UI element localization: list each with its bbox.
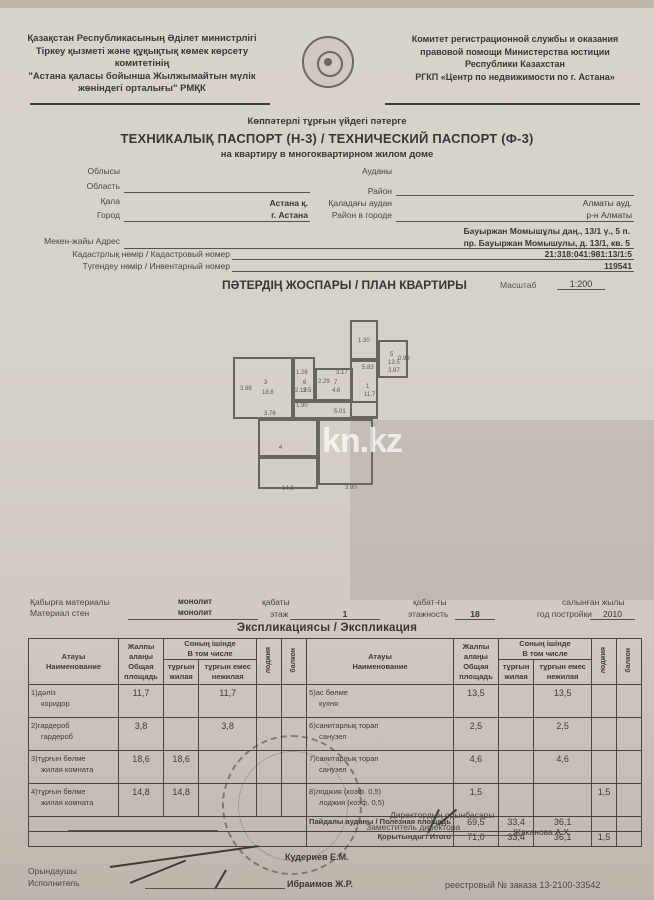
- plan-label: 4: [279, 445, 282, 451]
- wall-material-label-kz: Қабырға материалы: [30, 597, 110, 607]
- address-label: Мекен-жайы Адрес: [20, 236, 120, 246]
- plan-label: 3.87: [388, 368, 400, 374]
- gorod-value-kz: Астана қ.: [200, 198, 308, 208]
- room-living: [164, 685, 199, 718]
- col-loggia-header: лоджия: [592, 639, 617, 685]
- room-balcony: [617, 751, 642, 784]
- document-page: Қазақстан Республикасының Әділет министр…: [0, 0, 654, 900]
- header-left-org: Қазақстан Республикасының Әділет министр…: [12, 33, 272, 96]
- plan-label: 1.90: [296, 403, 308, 409]
- scale-value: 1:200: [557, 279, 605, 290]
- room-name-ru: кухня: [309, 698, 451, 709]
- room-total: 11,7: [119, 685, 164, 718]
- col-incl-header: Соның ішінде В том числе: [164, 639, 257, 660]
- raion-v-gorode-label-kz: Қаладағы аудан: [300, 198, 392, 208]
- doc-title: ТЕХНИКАЛЫҚ ПАСПОРТ (Н-3) / ТЕХНИЧЕСКИЙ П…: [0, 131, 654, 146]
- totals-loggia: 1,5: [592, 832, 617, 847]
- useful-loggia: [592, 817, 617, 832]
- col-living-header: тұрғын жилая: [164, 660, 199, 685]
- room-loggia: [592, 685, 617, 718]
- stamp-signer-name: Кудериев Е.М.: [285, 852, 349, 862]
- plan-label: 3.76: [264, 411, 276, 417]
- room-balcony: [617, 718, 642, 751]
- raion-field: [396, 195, 634, 196]
- room-total: 3,8: [119, 718, 164, 751]
- room-name: 3)тұрғын бөлмежилая комната: [29, 751, 119, 784]
- oblast-field: [124, 192, 310, 193]
- state-emblem-icon: [302, 36, 354, 88]
- plan-label: 2.29: [318, 379, 330, 385]
- plan-label: 11.7: [364, 392, 375, 398]
- wall-material-value-ru: монолит: [150, 608, 240, 617]
- room-balcony: [282, 685, 307, 718]
- room-total: 13,5: [453, 685, 498, 718]
- header-right-org: Комитет регистрационной службы и оказани…: [380, 33, 650, 83]
- raion-v-gorode-value-kz: Алматы ауд.: [500, 198, 632, 208]
- raion-v-gorode-field: [396, 221, 634, 222]
- plan-label: 5.83: [362, 365, 374, 371]
- plan-label: 7: [334, 380, 337, 386]
- year-value: 2010: [590, 609, 635, 619]
- room-name-kz: 6)санитарлық торап: [309, 720, 451, 731]
- room-name: 4)тұрғын бөлмежилая комната: [29, 784, 119, 817]
- floor-value: 1: [310, 609, 380, 619]
- room-name-kz: 3)тұрғын бөлме: [31, 753, 116, 764]
- cadastral-value: 21:318:041:981:13/1:5: [430, 249, 632, 259]
- header-right-line: правовой помощи Министерства юстиции: [380, 46, 650, 59]
- room-name: 1)дәлізкоридор: [29, 685, 119, 718]
- room-living: [498, 784, 533, 817]
- loggia-header-text: лоджия: [599, 647, 609, 673]
- cadastral-label: Кадастрлық нөмір / Кадастровый номер: [40, 249, 230, 259]
- plan-room-4: [258, 419, 318, 457]
- room-nonliving: 2,5: [534, 718, 592, 751]
- address-value-ru: пр. Бауыржан Момышулы, д. 13/1, кв. 5: [380, 238, 630, 248]
- room-name-kz: 5)ас бөлме: [309, 687, 451, 698]
- plan-label: 1.30: [358, 338, 370, 344]
- address-value-kz: Бауыржан Момышұлы даң., 13/1 ү., 5 п.: [380, 226, 630, 236]
- totals-total: 71,0: [453, 832, 498, 847]
- col-nonliving-header: тұрғын емес нежилая: [199, 660, 257, 685]
- header-divider: [385, 103, 640, 105]
- room-name-kz: 1)дәліз: [31, 687, 116, 698]
- table-header-row: Атауы Наименование Жалпы алаңы Общая пло…: [29, 639, 642, 660]
- inventory-value: 119541: [500, 261, 632, 271]
- header-left-line: "Астана қаласы бойынша Жылжымайтын мүлік: [12, 71, 272, 84]
- header-left-line: комитетінің: [12, 58, 272, 71]
- header-right-line: Республики Казахстан: [380, 58, 650, 71]
- col-name-header: Атауы Наименование: [29, 639, 119, 685]
- cadastral-field: [232, 259, 634, 260]
- order-number: реестровый № заказа 13-2100-33542: [445, 880, 600, 890]
- watermark: kn.kz: [322, 422, 402, 461]
- room-name-kz: 2)гардероб: [31, 720, 116, 731]
- deputy-label-ru: Заместитель директора: [366, 822, 460, 832]
- room-total: 4,6: [453, 751, 498, 784]
- room-name: 5)ас бөлмекухня: [307, 685, 454, 718]
- balcony-header-text: балкон: [624, 648, 634, 673]
- wall-material-label-ru: Материал стен: [30, 608, 89, 618]
- raion-label-ru: Район: [310, 186, 392, 196]
- useful-balcony: [617, 817, 642, 832]
- room-name-ru: жилая комната: [31, 764, 116, 775]
- floor-field: [290, 619, 380, 620]
- header-right-line: РГКП «Центр по недвижимости по г. Астана…: [380, 71, 650, 84]
- table-row: 2)гардеробгардероб3,83,86)санитарлық тор…: [29, 718, 642, 751]
- floors-total-label-kz: қабат-ғы: [413, 597, 447, 607]
- room-living: [498, 685, 533, 718]
- room-loggia: [592, 751, 617, 784]
- executor-signature-line: [145, 888, 285, 889]
- table-row: 1)дәлізкоридор11,711,75)ас бөлмекухня13,…: [29, 685, 642, 718]
- col-balcony-header: балкон: [617, 639, 642, 685]
- room-living: [498, 751, 533, 784]
- room-living: 18,6: [164, 751, 199, 784]
- plan-label: 5.01: [334, 409, 346, 415]
- room-balcony: [617, 685, 642, 718]
- executor-label-ru: Исполнитель: [28, 878, 80, 888]
- gorod-value-ru: г. Астана: [200, 210, 308, 220]
- raion-label-kz: Ауданы: [310, 166, 392, 176]
- gorod-label-ru: Город: [40, 210, 120, 220]
- plan-label: 0.98: [398, 356, 410, 362]
- room-name-ru: гардероб: [31, 731, 116, 742]
- wall-material-value-kz: монолит: [150, 597, 240, 606]
- inventory-field: [232, 271, 634, 272]
- scale-label: Масштаб: [500, 280, 536, 290]
- year-label-ru: год постройки: [537, 609, 592, 619]
- room-name-kz: 4)тұрғын бөлме: [31, 786, 116, 797]
- executor-signature-stroke: [110, 845, 259, 868]
- room-total: 2,5: [453, 718, 498, 751]
- page-edge: [0, 0, 654, 8]
- col-loggia-header: лоджия: [257, 639, 282, 685]
- explication-title: Экспликациясы / Экспликация: [0, 622, 654, 634]
- header-right-line: Комитет регистрационной службы и оказани…: [380, 33, 650, 46]
- plan-label: 1.26: [296, 370, 308, 376]
- plan-label: 3.98: [240, 386, 252, 392]
- room-loggia: [257, 685, 282, 718]
- room-balcony: [617, 784, 642, 817]
- room-living: 14,8: [164, 784, 199, 817]
- col-total-header: Жалпы алаңы Общая площадь: [453, 639, 498, 685]
- header-left-line: Қазақстан Республикасының Әділет министр…: [12, 33, 272, 46]
- room-loggia: [592, 718, 617, 751]
- plan-label: 1: [366, 384, 369, 390]
- floor-label-ru: этаж: [270, 609, 288, 619]
- col-nonliving-header: тұрғын емес нежилая: [534, 660, 592, 685]
- plan-label: 2.19: [295, 388, 307, 394]
- oblast-label-ru: Область: [40, 181, 120, 191]
- header-divider: [30, 103, 270, 105]
- col-incl-header: Соның ішінде В том числе: [498, 639, 591, 660]
- plan-label: 14.8: [282, 486, 294, 492]
- plan-label: 6: [303, 380, 306, 386]
- inventory-label: Түгендеу нөмір / Инвентарный номер: [40, 261, 230, 271]
- gorod-label-kz: Қала: [40, 196, 120, 206]
- room-total: 18,6: [119, 751, 164, 784]
- raion-v-gorode-label-ru: Район в городе: [300, 210, 392, 220]
- room-name-ru: санузел: [309, 731, 451, 742]
- executor-label-kz: Орындаушы: [28, 866, 77, 876]
- col-total-header: Жалпы алаңы Общая площадь: [119, 639, 164, 685]
- year-field: [590, 619, 635, 620]
- loggia-header-text: лоджия: [264, 647, 274, 673]
- plan-title: ПӘТЕРДІҢ ЖОСПАРЫ / ПЛАН КВАРТИРЫ: [222, 278, 467, 292]
- room-nonliving: 4,6: [534, 751, 592, 784]
- balcony-header-text: балкон: [289, 648, 299, 673]
- doc-subtitle-kz: Көппәтерлі тұрғын үйдегі пәтерге: [0, 116, 654, 127]
- totals-balcony: [617, 832, 642, 847]
- room-nonliving: [534, 784, 592, 817]
- raion-v-gorode-value-ru: р-н Алматы: [500, 210, 632, 220]
- floors-total-label-ru: этажность: [408, 609, 448, 619]
- room-nonliving: 13,5: [534, 685, 592, 718]
- executor-name: Ибраимов Ж.Р.: [287, 879, 353, 889]
- room-nonliving: 11,7: [199, 685, 257, 718]
- room-name: 2)гардеробгардероб: [29, 718, 119, 751]
- header-left-line: жөніндегі орталығы" РМҚК: [12, 83, 272, 96]
- col-living-header: тұрғын жилая: [498, 660, 533, 685]
- room-nonliving: 3,8: [199, 718, 257, 751]
- header-left-line: Тіркеу қызметі және құқықтық көмек көрсе…: [12, 46, 272, 59]
- oblast-label-kz: Облысы: [40, 166, 120, 176]
- plan-label: 5: [390, 352, 393, 358]
- room-living: [498, 718, 533, 751]
- room-total: 14,8: [119, 784, 164, 817]
- col-name-header: Атауы Наименование: [307, 639, 454, 685]
- floor-label-kz: қабаты: [262, 597, 290, 607]
- plan-room-loggia: [258, 457, 318, 489]
- executor-signature: [214, 869, 227, 889]
- plan-label: 3.17: [336, 370, 348, 376]
- doc-subtitle-ru: на квартиру в многоквартирном жилом доме: [0, 149, 654, 160]
- room-loggia: 1,5: [592, 784, 617, 817]
- floors-total-value: 18: [455, 609, 495, 619]
- plan-label: 3: [264, 380, 267, 386]
- room-name-ru: жилая комната: [31, 797, 116, 808]
- deputy-signature-line: [420, 835, 522, 836]
- floors-total-field: [455, 619, 495, 620]
- year-label-kz: салынған жылы: [562, 597, 625, 607]
- deputy-name: Жаканова А.Х.: [513, 827, 571, 837]
- room-living: [164, 718, 199, 751]
- plan-label: 4.6: [332, 388, 340, 394]
- col-balcony-header: балкон: [282, 639, 307, 685]
- gorod-field: [124, 221, 310, 222]
- wall-material-field: [128, 619, 258, 620]
- signature-line-left: [68, 830, 218, 831]
- plan-label: 18.6: [262, 390, 274, 396]
- plan-room-6: [293, 357, 315, 401]
- room-name-ru: коридор: [31, 698, 116, 709]
